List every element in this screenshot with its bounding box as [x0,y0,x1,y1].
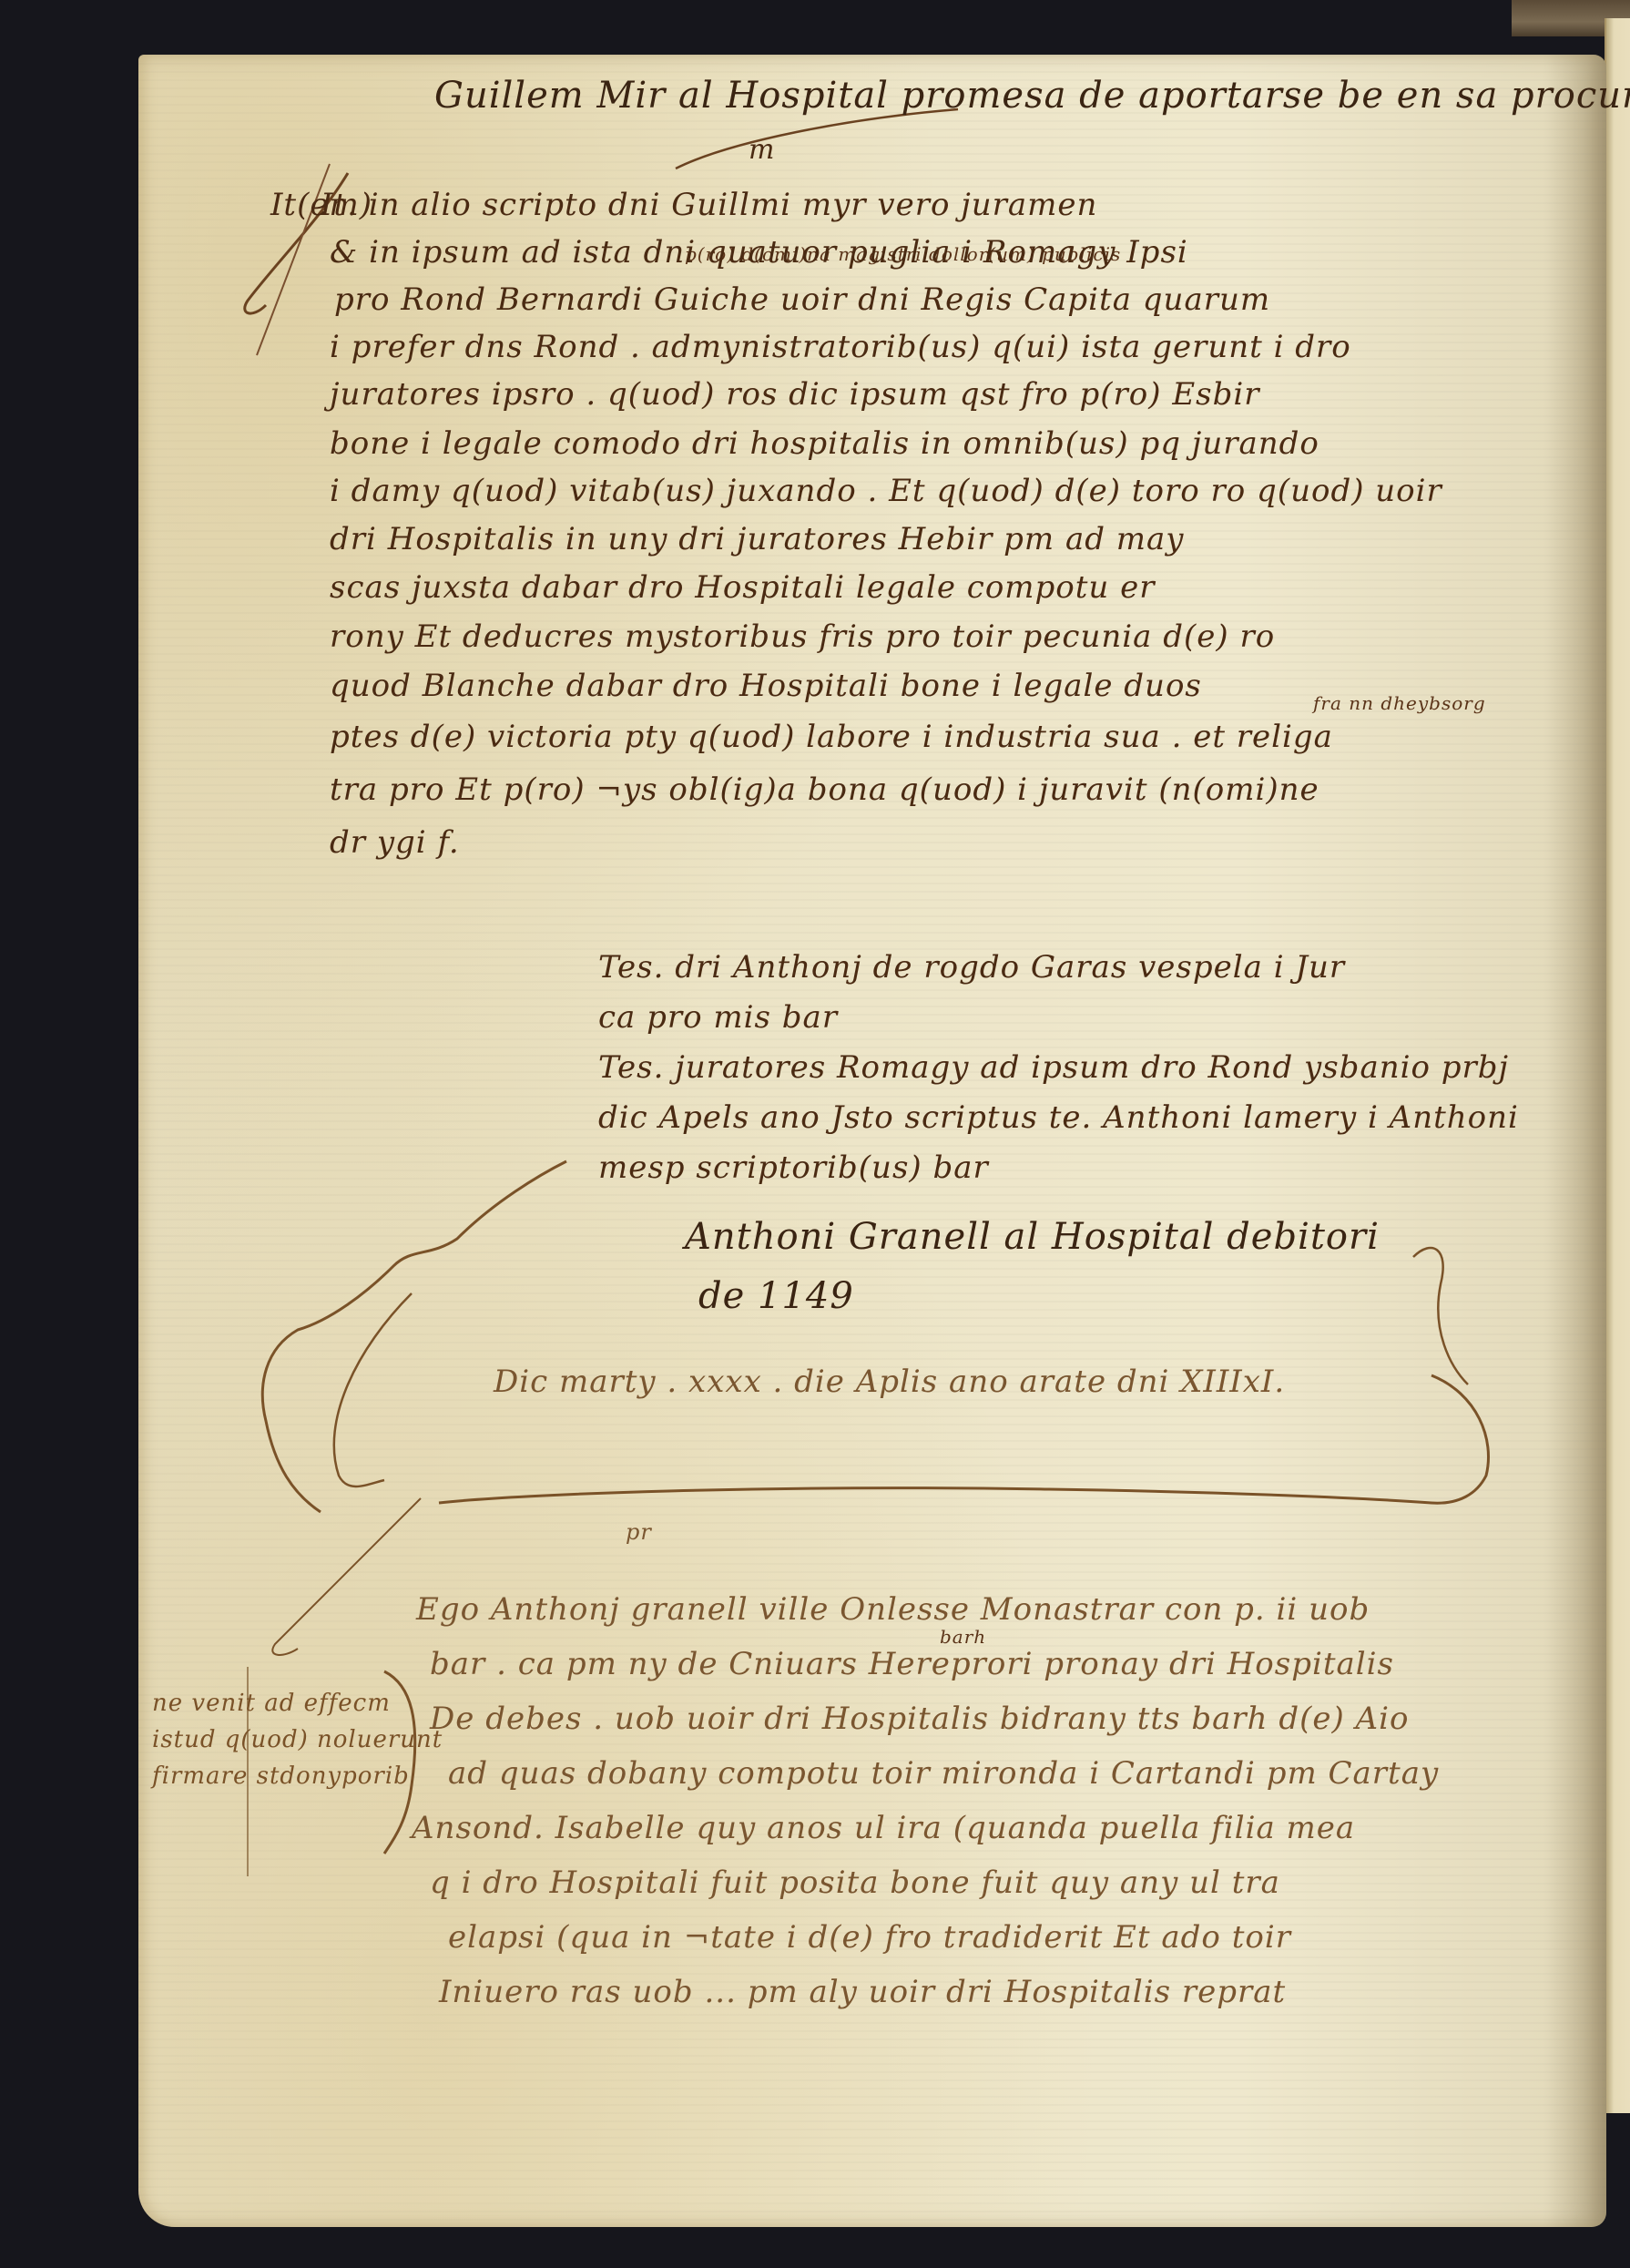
entry-2-heading-sub: de 1149 [698,1275,854,1317]
witness-line-continuation: ca pro mis bar [598,1002,838,1033]
entry-2-line: elapsi (qua in ¬tate i d(e) fro tradider… [448,1922,1291,1953]
witness-line: Tes. dri Anthonj de rogdo Garas vespela … [598,952,1345,983]
entry-1-line: scas juxsta dabar dro Hospitali legale c… [330,572,1156,603]
witness-line-continuation: mesp scriptorib(us) bar [598,1152,989,1183]
entry-2-mark: pr [626,1521,652,1543]
entry-1-heading-mark: m [749,137,775,164]
entry-1-line: i damy q(uod) vitab(us) juxando . Et q(u… [330,475,1442,506]
entry-1-line: dr ygi f. [330,827,460,858]
interlinear-insertion: fra nn dheybsorg [1313,692,1486,714]
entry-2-line: Ego Anthonj granell ville Onlesse Monast… [416,1594,1370,1625]
entry-2-heading: Anthoni Granell al Hospital debitori [685,1216,1380,1258]
entry-2-line: q i dro Hospitali fuit posita bone fuit … [430,1867,1280,1898]
margin-note-line: firmare stdonyporib [152,1762,410,1790]
entry-2-line: Iniuero ras uob ... pm aly uoir dri Hosp… [439,1977,1286,2007]
entry-1-line: rony Et deducres mystoribus fris pro toi… [330,621,1275,652]
entry-1-line: juratores ipsro . q(uod) ros dic ipsum q… [330,379,1259,410]
margin-note-line: ne venit ad effecm [152,1690,391,1717]
entry-1-line: It. in alio scripto dni Guillmi myr vero… [321,189,1097,220]
entry-2-line: Ansond. Isabelle quy anos ul ira (quanda… [412,1813,1355,1844]
entry-1-heading: Guillem Mir al Hospital promesa de aport… [434,75,1630,117]
entry-1-line: & in ipsum ad ista dni quatuor puglia i … [330,237,1188,268]
manuscript-scan: Be Guillem Mir al Hospital promesa de ap… [0,0,1630,2268]
manuscript-leaf: Guillem Mir al Hospital promesa de aport… [138,55,1606,2227]
entry-2-date-line: Dic marty . xxxx . die Aplis ano arate d… [494,1366,1285,1397]
entry-1-line: tra pro Et p(ro) ¬ys obl(ig)a bona q(uod… [330,774,1319,805]
entry-1-line: dri Hospitalis in uny dri juratores Hebi… [330,524,1185,555]
entry-2-line: De debes . uob uoir dri Hospitalis bidra… [430,1703,1409,1734]
margin-note-line: istud q(uod) noluerunt [152,1726,443,1753]
facing-page-edge [1605,18,1630,2113]
entry-2-line: bar . ca pm ny de Cniuars Hereprori pron… [430,1649,1394,1680]
entry-1-line: bone i legale comodo dri hospitalis in o… [330,428,1319,459]
entry-1-line: i prefer dns Rond . admynistratorib(us) … [330,332,1351,363]
witness-line-continuation: dic Apels ano Jsto scriptus te. Anthoni … [598,1102,1519,1133]
interlinear-insertion: barh [940,1626,986,1648]
entry-2-line: ad quas dobany compotu toir mironda i Ca… [448,1758,1439,1789]
entry-1-line: quod Blanche dabar dro Hospitali bone i … [330,670,1202,701]
entry-1-line: ptes d(e) victoria pty q(uod) labore i i… [330,721,1333,752]
witness-line: Tes. juratores Romagy ad ipsum dro Rond … [598,1052,1509,1083]
entry-1-line: pro Rond Bernardi Guiche uoir dni Regis … [334,284,1270,315]
